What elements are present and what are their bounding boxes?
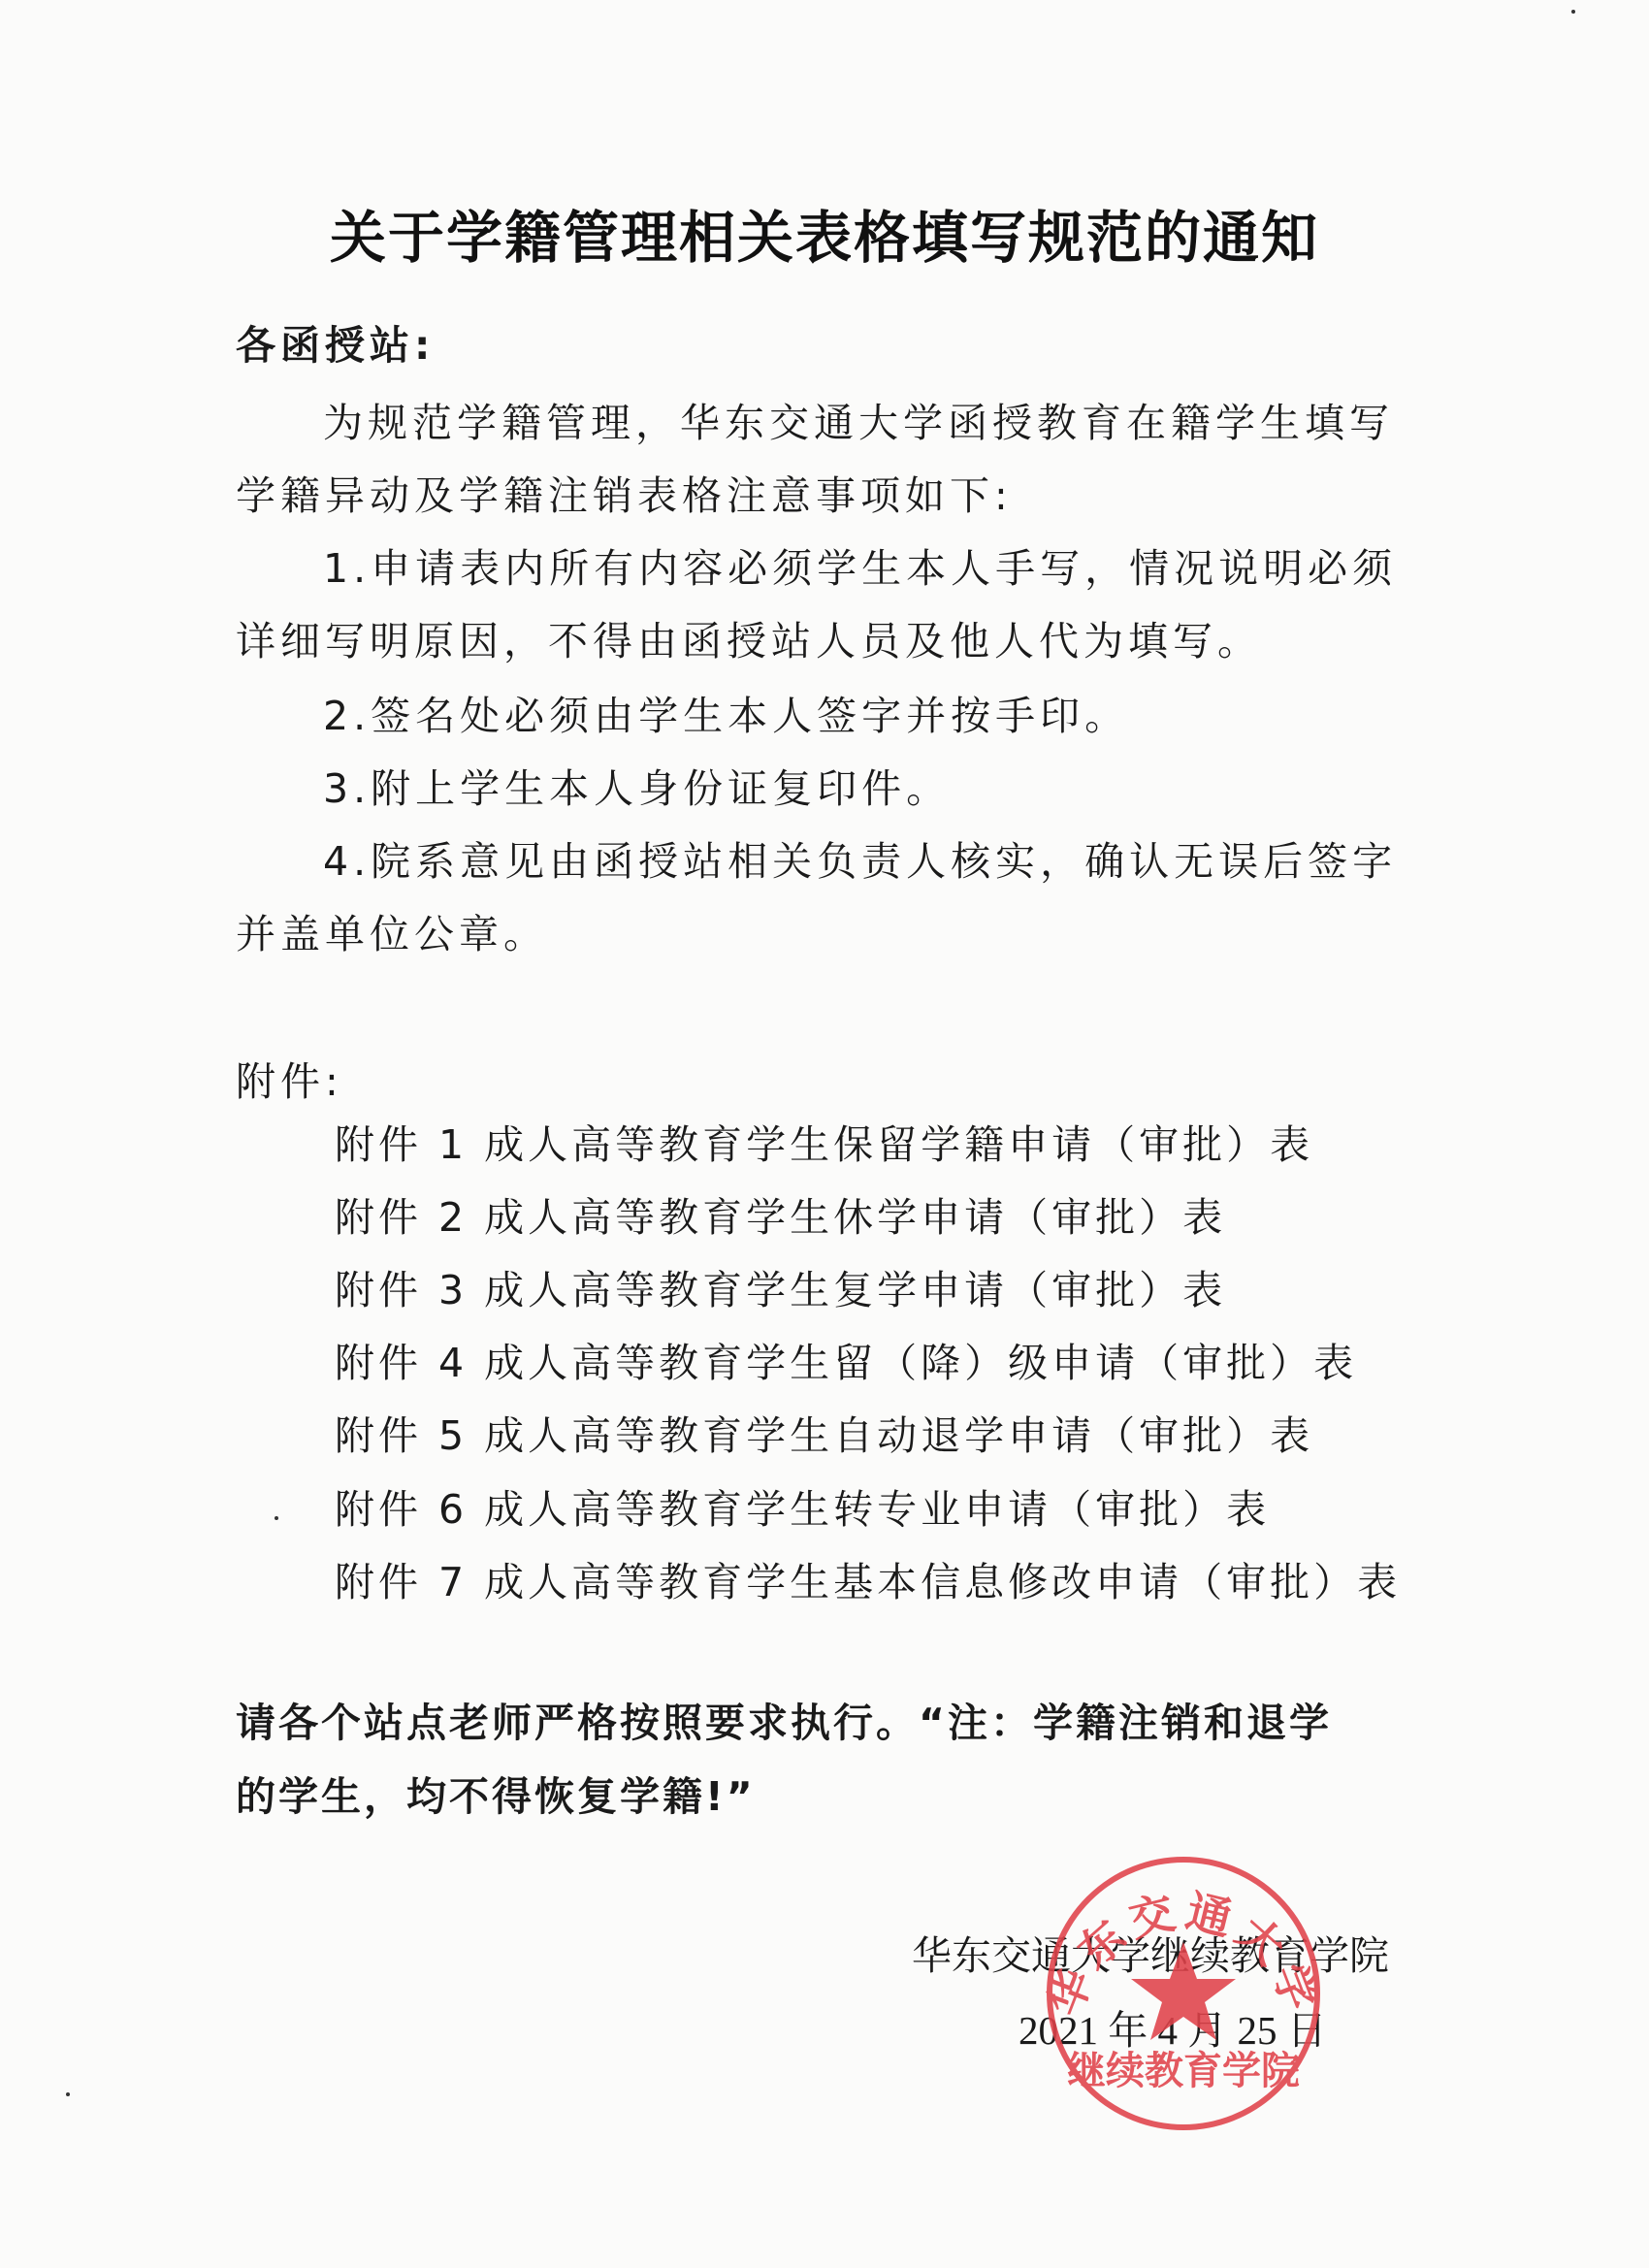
signature-organization: 华东交通大学继续教育学院	[912, 1924, 1389, 1981]
closing-line-2: 的学生，均不得恢复学籍!”	[236, 1777, 756, 1817]
rule-3: 3.附上学生本人身份证复印件。	[323, 769, 951, 809]
scan-speck	[66, 2092, 70, 2096]
attachment-item: 附件 3 成人高等教育学生复学申请（审批）表	[335, 1271, 1226, 1311]
scan-speck	[1571, 10, 1575, 14]
attachment-item: 附件 7 成人高等教育学生基本信息修改申请（审批）表	[335, 1563, 1401, 1603]
attachment-item: 附件 6 成人高等教育学生转专业申请（审批）表	[335, 1490, 1270, 1530]
rule-1-line-2: 详细写明原因，不得由函授站人员及他人代为填写。	[236, 622, 1262, 662]
attachments-heading: 附件:	[236, 1062, 343, 1102]
salutation: 各函授站:	[236, 326, 435, 366]
rule-4-line-2: 并盖单位公章。	[236, 915, 548, 955]
attachment-item: 附件 4 成人高等教育学生留（降）级申请（审批）表	[335, 1344, 1357, 1383]
attachment-item: 附件 2 成人高等教育学生休学申请（审批）表	[335, 1198, 1226, 1238]
intro-line-2: 学籍异动及学籍注销表格注意事项如下:	[236, 476, 1013, 516]
attachment-item: 附件 1 成人高等教育学生保留学籍申请（审批）表	[335, 1125, 1313, 1165]
notice-document: 关于学籍管理相关表格填写规范的通知 各函授站: 为规范学籍管理，华东交通大学函授…	[0, 0, 1649, 2268]
rule-4-line-1: 4.院系意见由函授站相关负责人核实，确认无误后签字	[323, 842, 1397, 882]
official-seal-stamp: 华东交通大学 继续教育学院	[1043, 1853, 1324, 2134]
intro-line-1: 为规范学籍管理，华东交通大学函授教育在籍学生填写	[323, 404, 1394, 443]
document-title: 关于学籍管理相关表格填写规范的通知	[0, 192, 1649, 274]
rule-1-line-1: 1.申请表内所有内容必须学生本人手写，情况说明必须	[323, 549, 1397, 589]
scan-speck	[275, 1516, 278, 1520]
signature-date: 2021 年 4 月 25 日	[1018, 1998, 1327, 2056]
attachment-item: 附件 5 成人高等教育学生自动退学申请（审批）表	[335, 1416, 1313, 1456]
rule-2: 2.签名处必须由学生本人签字并按手印。	[323, 697, 1129, 736]
closing-line-1: 请各个站点老师严格按照要求执行。“注：学籍注销和退学	[236, 1703, 1332, 1743]
